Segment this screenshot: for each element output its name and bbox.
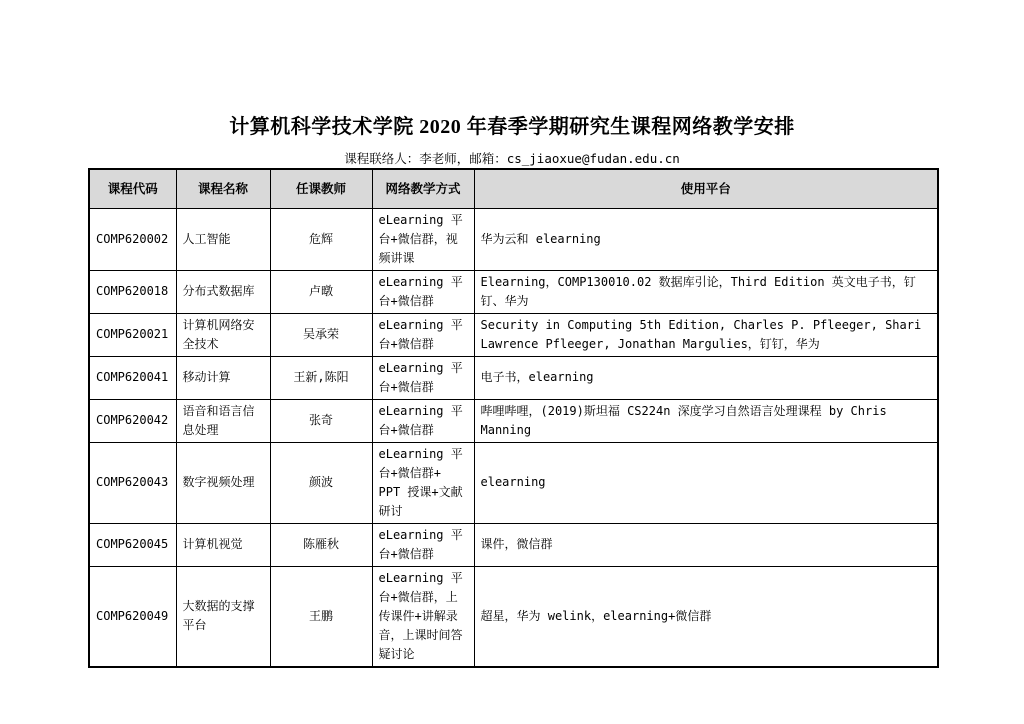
table-row: COMP620049 大数据的支撑平台 王鹏 eLearning 平台+微信群，… xyxy=(89,566,938,667)
header-teaching-method: 网络教学方式 xyxy=(372,169,474,208)
table-row: COMP620045 计算机视觉 陈雁秋 eLearning 平台+微信群 课件… xyxy=(89,523,938,566)
teacher-cell: 卢暾 xyxy=(270,270,372,313)
platform-cell: elearning xyxy=(474,442,938,523)
course-name-cell: 大数据的支撑平台 xyxy=(176,566,270,667)
table-row: COMP620041 移动计算 王新,陈阳 eLearning 平台+微信群 电… xyxy=(89,356,938,399)
course-name-cell: 计算机视觉 xyxy=(176,523,270,566)
course-name-cell: 分布式数据库 xyxy=(176,270,270,313)
teacher-cell: 王新,陈阳 xyxy=(270,356,372,399)
table-row: COMP620018 分布式数据库 卢暾 eLearning 平台+微信群 El… xyxy=(89,270,938,313)
course-name-cell: 数字视频处理 xyxy=(176,442,270,523)
course-code-cell: COMP620043 xyxy=(89,442,176,523)
teacher-cell: 张奇 xyxy=(270,399,372,442)
course-name-cell: 移动计算 xyxy=(176,356,270,399)
table-row: COMP620021 计算机网络安全技术 吴承荣 eLearning 平台+微信… xyxy=(89,313,938,356)
method-cell: eLearning 平台+微信群 xyxy=(372,399,474,442)
course-name-cell: 人工智能 xyxy=(176,208,270,270)
course-code-cell: COMP620041 xyxy=(89,356,176,399)
method-cell: eLearning 平台+微信群+ PPT 授课+文献研讨 xyxy=(372,442,474,523)
header-course-name: 课程名称 xyxy=(176,169,270,208)
course-code-cell: COMP620042 xyxy=(89,399,176,442)
course-code-cell: COMP620045 xyxy=(89,523,176,566)
platform-cell: 哔哩哔哩，(2019)斯坦福 CS224n 深度学习自然语言处理课程 by Ch… xyxy=(474,399,938,442)
platform-cell: 电子书，elearning xyxy=(474,356,938,399)
header-course-code: 课程代码 xyxy=(89,169,176,208)
course-schedule-table: 课程代码 课程名称 任课教师 网络教学方式 使用平台 COMP620002 人工… xyxy=(88,168,939,668)
method-cell: eLearning 平台+微信群 xyxy=(372,356,474,399)
platform-cell: 超星，华为 welink，elearning+微信群 xyxy=(474,566,938,667)
teacher-cell: 危辉 xyxy=(270,208,372,270)
method-cell: eLearning 平台+微信群 xyxy=(372,523,474,566)
course-code-cell: COMP620021 xyxy=(89,313,176,356)
course-name-cell: 语音和语言信息处理 xyxy=(176,399,270,442)
method-cell: eLearning 平台+微信群 xyxy=(372,313,474,356)
teacher-cell: 王鹏 xyxy=(270,566,372,667)
method-cell: eLearning 平台+微信群 xyxy=(372,270,474,313)
table-row: COMP620042 语音和语言信息处理 张奇 eLearning 平台+微信群… xyxy=(89,399,938,442)
page-title: 计算机科学技术学院 2020 年春季学期研究生课程网络教学安排 xyxy=(0,110,1024,139)
platform-cell: Security in Computing 5th Edition, Charl… xyxy=(474,313,938,356)
contact-line: 课程联络人：李老师，邮箱：cs_jiaoxue@fudan.edu.cn xyxy=(0,149,1024,167)
teacher-cell: 吴承荣 xyxy=(270,313,372,356)
course-name-cell: 计算机网络安全技术 xyxy=(176,313,270,356)
header-platform: 使用平台 xyxy=(474,169,938,208)
platform-cell: Elearning，COMP130010.02 数据库引论，Third Edit… xyxy=(474,270,938,313)
table-row: COMP620002 人工智能 危辉 eLearning 平台+微信群，视频讲课… xyxy=(89,208,938,270)
table-header-row: 课程代码 课程名称 任课教师 网络教学方式 使用平台 xyxy=(89,169,938,208)
table-row: COMP620043 数字视频处理 颜波 eLearning 平台+微信群+ P… xyxy=(89,442,938,523)
platform-cell: 课件，微信群 xyxy=(474,523,938,566)
course-code-cell: COMP620049 xyxy=(89,566,176,667)
method-cell: eLearning 平台+微信群，视频讲课 xyxy=(372,208,474,270)
header-teacher: 任课教师 xyxy=(270,169,372,208)
method-cell: eLearning 平台+微信群，上传课件+讲解录音，上课时间答疑讨论 xyxy=(372,566,474,667)
teacher-cell: 颜波 xyxy=(270,442,372,523)
platform-cell: 华为云和 elearning xyxy=(474,208,938,270)
teacher-cell: 陈雁秋 xyxy=(270,523,372,566)
course-code-cell: COMP620002 xyxy=(89,208,176,270)
course-code-cell: COMP620018 xyxy=(89,270,176,313)
